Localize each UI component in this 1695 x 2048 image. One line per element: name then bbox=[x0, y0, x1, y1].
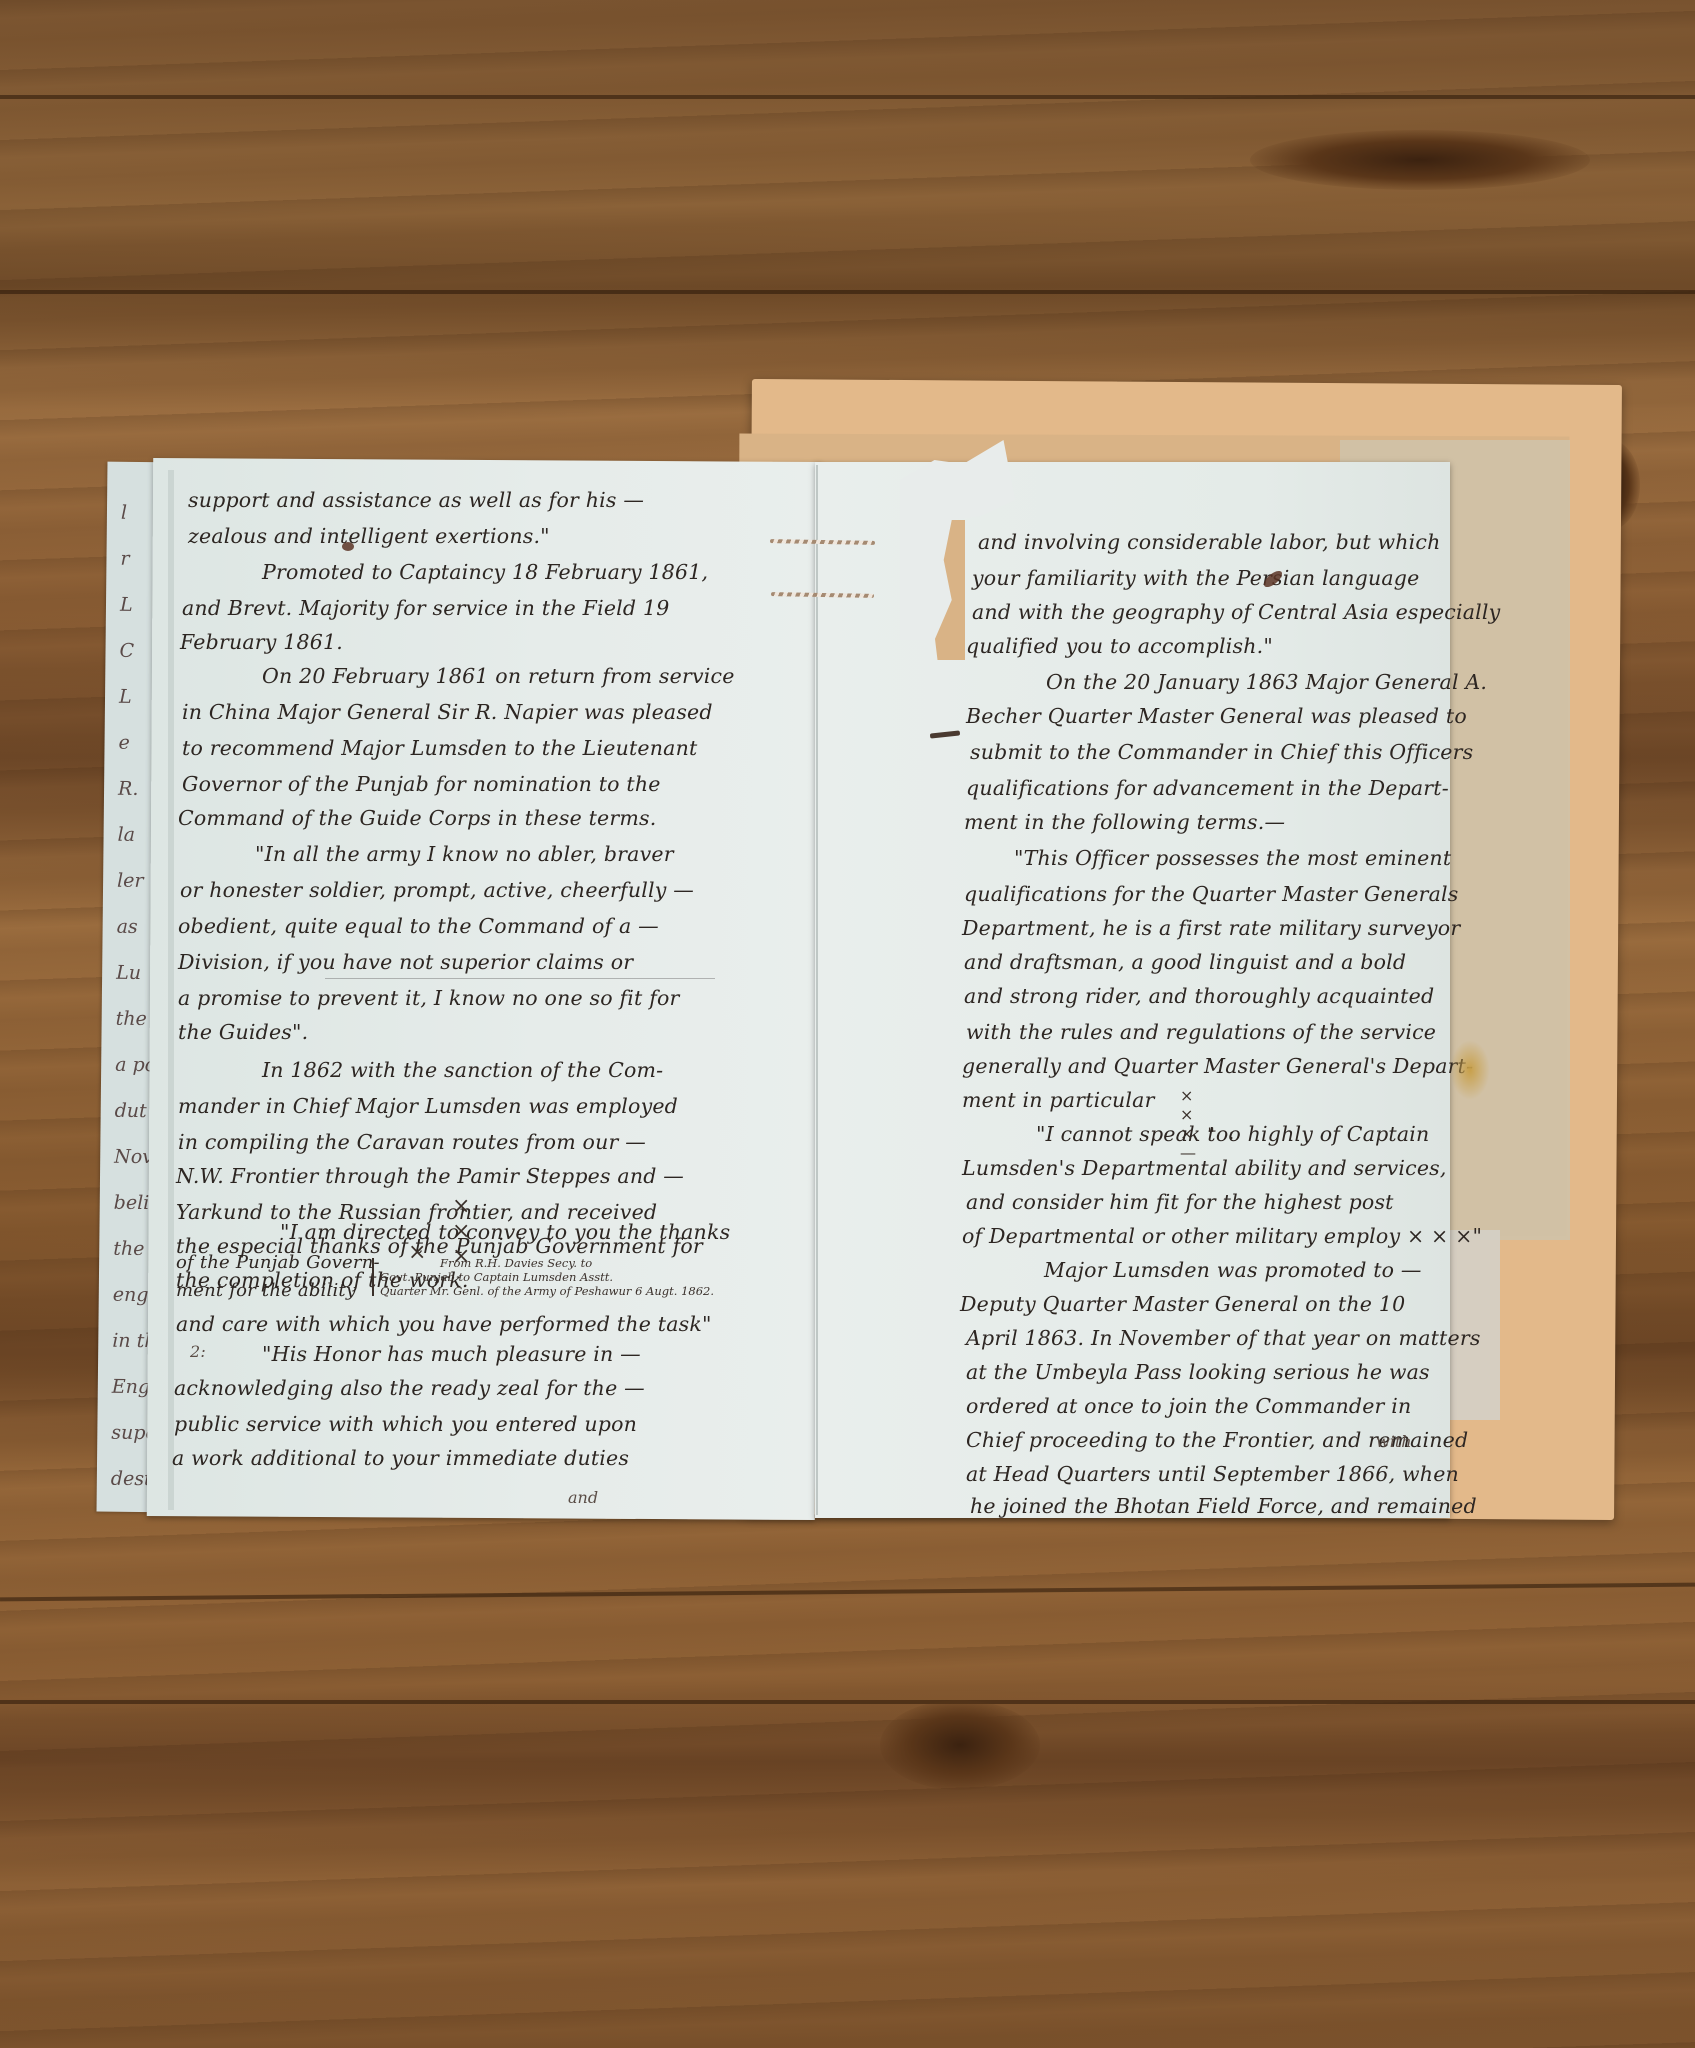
manuscript-line: N.W. Frontier through the Pamir Steppes … bbox=[176, 1164, 684, 1188]
manuscript-line: the Guides". bbox=[178, 1020, 308, 1044]
underlying-text-fragment: ler bbox=[117, 870, 144, 892]
manuscript-line: a promise to prevent it, I know no one s… bbox=[178, 986, 680, 1010]
underlying-text-fragment: L bbox=[120, 594, 133, 616]
ink-blot bbox=[342, 542, 354, 551]
manuscript-line: ment in particular bbox=[962, 1088, 1155, 1112]
manuscript-line: February 1861. bbox=[180, 630, 343, 654]
manuscript-line: submit to the Commander in Chief this Of… bbox=[970, 740, 1473, 764]
manuscript-line: and involving considerable labor, but wh… bbox=[978, 530, 1440, 554]
underlying-text-fragment: la bbox=[117, 824, 135, 846]
manuscript-line: Governor of the Punjab for nomination to… bbox=[182, 772, 661, 796]
manuscript-line: On the 20 January 1863 Major General A. bbox=[1046, 670, 1487, 694]
manuscript-line: qualifications for the Quarter Master Ge… bbox=[964, 882, 1459, 906]
manuscript-line: with the rules and regulations of the se… bbox=[966, 1020, 1436, 1044]
manuscript-line: "In all the army I know no abler, braver bbox=[255, 842, 674, 866]
manuscript-line: Becher Quarter Master General was please… bbox=[966, 704, 1467, 728]
marginal-cross: × bbox=[408, 1240, 440, 1265]
manuscript-line: April 1863. In November of that year on … bbox=[966, 1326, 1481, 1350]
bracket-line bbox=[372, 1258, 374, 1296]
manuscript-line: and with the geography of Central Asia e… bbox=[972, 600, 1500, 624]
underlying-text-fragment: R. bbox=[118, 778, 139, 800]
manuscript-line: of the Punjab Govern- bbox=[176, 1252, 380, 1273]
manuscript-line: in China Major General Sir R. Napier was… bbox=[182, 700, 713, 724]
underlying-text-fragment: C bbox=[119, 640, 134, 662]
wood-plank-seam bbox=[0, 1583, 1695, 1602]
underlying-text-fragment: the bbox=[113, 1238, 144, 1260]
wood-knot bbox=[880, 1700, 1040, 1790]
marginal-note-line: From R.H. Davies Secy. to bbox=[440, 1256, 592, 1270]
underlying-text-fragment: e bbox=[118, 732, 129, 754]
manuscript-line: qualifications for advancement in the De… bbox=[966, 776, 1449, 800]
manuscript-line: mander in Chief Major Lumsden was employ… bbox=[178, 1094, 678, 1118]
manuscript-line: "I am directed to convey to you the than… bbox=[280, 1220, 730, 1244]
manuscript-line: to recommend Major Lumsden to the Lieute… bbox=[182, 736, 697, 760]
marginal-note-line: Govt. Punjab to Captain Lumsden Asstt. bbox=[380, 1270, 613, 1284]
manuscript-line: On 20 February 1861 on return from servi… bbox=[262, 664, 735, 688]
manuscript-line: and care with which you have performed t… bbox=[176, 1312, 712, 1336]
page-crease bbox=[168, 470, 174, 1510]
wood-knot bbox=[1250, 130, 1590, 190]
manuscript-line: Division, if you have not superior claim… bbox=[178, 950, 633, 974]
manuscript-line: "His Honor has much pleasure in — bbox=[262, 1342, 641, 1366]
spine-fold bbox=[816, 465, 818, 1515]
manuscript-line: or honester soldier, prompt, active, che… bbox=[180, 878, 694, 902]
wood-plank-seam bbox=[0, 95, 1695, 99]
manuscript-line: and draftsman, a good linguist and a bol… bbox=[964, 950, 1406, 974]
manuscript-line: public service with which you entered up… bbox=[174, 1412, 637, 1436]
manuscript-line: "This Officer possesses the most eminent bbox=[1014, 846, 1451, 870]
catchword: and bbox=[568, 1488, 598, 1507]
catchword: with bbox=[1376, 1432, 1412, 1451]
manuscript-line: Major Lumsden was promoted to — bbox=[1044, 1258, 1422, 1282]
manuscript-line: "I cannot speak too highly of Captain bbox=[1036, 1122, 1429, 1146]
manuscript-line: ordered at once to join the Commander in bbox=[966, 1394, 1411, 1418]
manuscript-line: he joined the Bhotan Field Force, and re… bbox=[970, 1494, 1477, 1518]
underlying-text-fragment: Lu bbox=[116, 962, 141, 984]
underlying-text-fragment: eng bbox=[113, 1284, 149, 1306]
manuscript-line: a work additional to your immediate duti… bbox=[172, 1446, 629, 1470]
manuscript-line: and consider him fit for the highest pos… bbox=[966, 1190, 1394, 1214]
manuscript-line: ment in the following terms.— bbox=[964, 810, 1285, 834]
manuscript-line: Promoted to Captaincy 18 February 1861, bbox=[262, 560, 708, 584]
underlying-text-fragment: dut bbox=[115, 1100, 147, 1122]
manuscript-line: Deputy Quarter Master General on the 10 bbox=[960, 1292, 1405, 1316]
manuscript-line: Command of the Guide Corps in these term… bbox=[178, 806, 656, 830]
manuscript-line: generally and Quarter Master General's D… bbox=[962, 1054, 1473, 1078]
section-divider bbox=[325, 978, 715, 979]
manuscript-line: Lumsden's Departmental ability and servi… bbox=[962, 1156, 1447, 1180]
manuscript-line: obedient, quite equal to the Command of … bbox=[178, 914, 659, 938]
underlying-text-fragment: r bbox=[120, 548, 129, 570]
underlying-text-fragment: l bbox=[121, 502, 127, 524]
underlying-text-fragment: the bbox=[116, 1008, 147, 1030]
manuscript-line: of Departmental or other military employ… bbox=[962, 1224, 1482, 1248]
manuscript-line: zealous and intelligent exertions." bbox=[188, 524, 550, 548]
manuscript-line: qualified you to accomplish." bbox=[966, 634, 1273, 658]
underlying-text-fragment: Nov bbox=[114, 1146, 153, 1168]
manuscript-line: In 1862 with the sanction of the Com- bbox=[262, 1058, 663, 1082]
manuscript-line: your familiarity with the Persian langua… bbox=[972, 566, 1419, 590]
paragraph-number: 2: bbox=[190, 1342, 206, 1361]
manuscript-line: and strong rider, and thoroughly acquain… bbox=[964, 984, 1434, 1008]
foxing-stain bbox=[1450, 1040, 1490, 1100]
manuscript-line: in compiling the Caravan routes from our… bbox=[178, 1130, 646, 1154]
wood-plank-seam bbox=[0, 1700, 1695, 1704]
manuscript-line: at Head Quarters until September 1866, w… bbox=[966, 1462, 1459, 1486]
manuscript-line: and Brevt. Majority for service in the F… bbox=[182, 596, 669, 620]
manuscript-line: acknowledging also the ready zeal for th… bbox=[174, 1376, 645, 1400]
manuscript-line: ment for the ability bbox=[176, 1280, 356, 1301]
marginal-note-line: Quarter Mr. Genl. of the Army of Peshawu… bbox=[380, 1284, 714, 1298]
wood-plank-seam bbox=[0, 290, 1695, 294]
underlying-text-fragment: as bbox=[117, 916, 138, 938]
manuscript-line: support and assistance as well as for hi… bbox=[188, 488, 644, 512]
manuscript-line: at the Umbeyla Pass looking serious he w… bbox=[966, 1360, 1430, 1384]
manuscript-line: Department, he is a first rate military … bbox=[962, 916, 1460, 940]
underlying-text-fragment: L bbox=[119, 686, 132, 708]
